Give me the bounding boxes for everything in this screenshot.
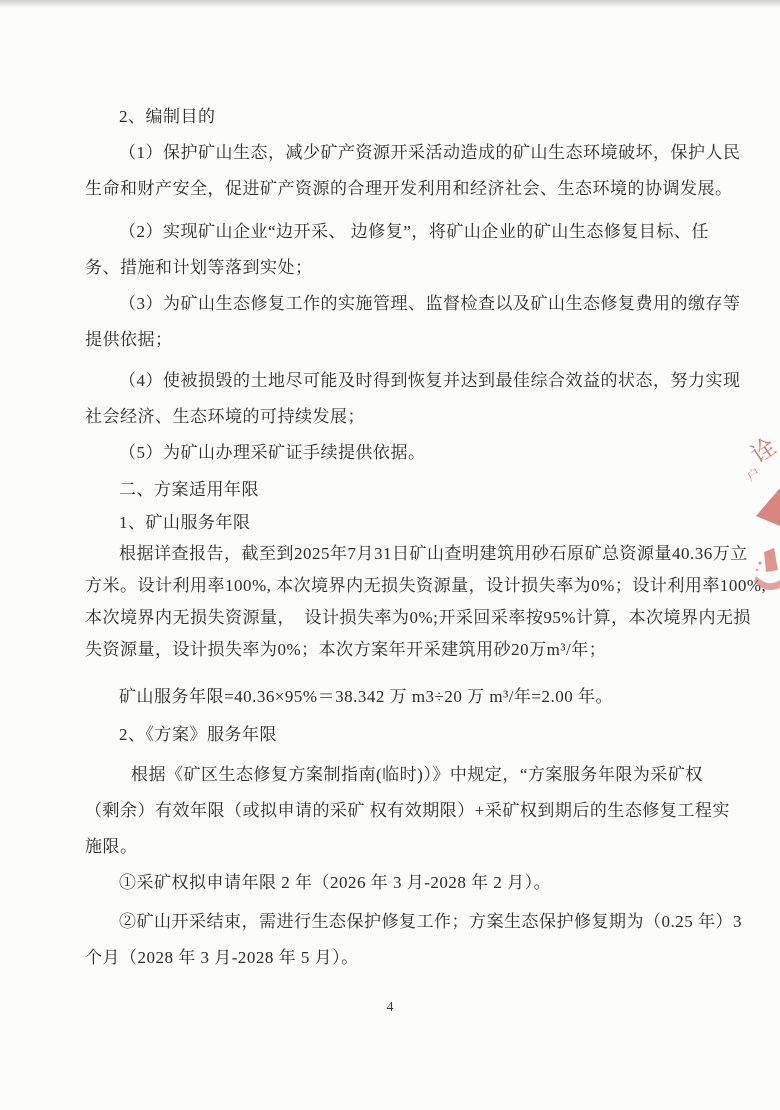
- document-content: 2、编制目的 （1）保护矿山生态，减少矿产资源开采活动造成的矿山生态环境破坏，保…: [85, 0, 725, 976]
- text-line: （5）为矿山办理采矿证手续提供依据。: [85, 435, 725, 471]
- text-line: 生命和财产安全，促进矿产资源的合理开发利用和经济社会、生态环境的协调发展。: [85, 171, 725, 207]
- formula-line: 矿山服务年限=40.36×95%＝38.342 万 m3÷20 万 m³/年=2…: [85, 679, 725, 715]
- text-line: 1、矿山服务年限: [85, 508, 725, 538]
- document-page: 2、编制目的 （1）保护矿山生态，减少矿产资源开采活动造成的矿山生态环境破坏，保…: [0, 0, 780, 1110]
- section-heading: 二、方案适用年限: [85, 475, 725, 505]
- text-line: 失资源量，设计损失率为0%；本次方案年开采建筑用砂20万m³/年；: [85, 634, 725, 666]
- text-line: 矿山服务年限=40.36×95%＝38.342 万 m3÷20 万 m³/年=2…: [85, 679, 725, 715]
- text-line: 本次境界内无损失资源量， 设计损失率为0%;开采回采率按95%计算，本次境界内无…: [85, 602, 725, 634]
- text-line: 务、措施和计划等落到实处；: [85, 250, 725, 286]
- paragraph-1: （1）保护矿山生态，减少矿产资源开采活动造成的矿山生态环境破坏，保护人民 生命和…: [85, 135, 725, 207]
- text-line: 提供依据；: [85, 322, 725, 358]
- paragraph-9: ①采矿权拟申请年限 2 年（2026 年 3 月-2028 年 2 月）。: [85, 865, 725, 901]
- text-line: （4）使被损毁的土地尽可能及时得到恢复并达到最佳综合效益的状态，努力实现: [85, 363, 725, 399]
- text-line: 根据《矿区生态修复方案制指南(临时)）》中规定，“方案服务年限为采矿权: [85, 757, 725, 793]
- paragraph-5: （5）为矿山办理采矿证手续提供依据。: [85, 435, 725, 471]
- text-line: ②矿山开采结束，需进行生态保护修复工作；方案生态保护修复期为（0.25 年）3: [85, 904, 725, 940]
- paragraph-2: （2）实现矿山企业“边开采、 边修复”，将矿山企业的矿山生态修复目标、任 务、措…: [85, 214, 725, 286]
- paragraph-10: ②矿山开采结束，需进行生态保护修复工作；方案生态保护修复期为（0.25 年）3 …: [85, 904, 725, 976]
- text-line: （1）保护矿山生态，减少矿产资源开采活动造成的矿山生态环境破坏，保护人民: [85, 135, 725, 171]
- text-line: 施限。: [85, 829, 725, 865]
- text-line: （剩余）有效年限（或拟申请的采矿 权有效期限）+采矿权到期后的生态修复工程实: [85, 793, 725, 829]
- svg-text:户: 户: [744, 465, 763, 484]
- sub-heading: 1、矿山服务年限: [85, 508, 725, 538]
- text-line: ①采矿权拟申请年限 2 年（2026 年 3 月-2028 年 2 月）。: [85, 865, 725, 901]
- paragraph-4: （4）使被损毁的土地尽可能及时得到恢复并达到最佳综合效益的状态，努力实现 社会经…: [85, 363, 725, 435]
- svg-text:诠: 诠: [746, 433, 780, 469]
- paragraph-6: 根据详查报告，截至到2025年7月31日矿山查明建筑用砂石原矿总资源量40.36…: [85, 538, 725, 666]
- sub-heading: 2、《方案》服务年限: [85, 720, 725, 750]
- page-number: 4: [0, 1000, 780, 1016]
- text-line: 2、编制目的: [85, 99, 725, 135]
- text-line: 根据详查报告，截至到2025年7月31日矿山查明建筑用砂石原矿总资源量40.36…: [85, 538, 725, 570]
- text-line: （2）实现矿山企业“边开采、 边修复”，将矿山企业的矿山生态修复目标、任: [85, 214, 725, 250]
- paragraph-3: （3）为矿山生态修复工作的实施管理、监督检查以及矿山生态修复费用的缴存等 提供依…: [85, 286, 725, 358]
- text-line: 2、《方案》服务年限: [85, 720, 725, 750]
- section-heading: 2、编制目的: [85, 99, 725, 135]
- paragraph-8: 根据《矿区生态修复方案制指南(临时)）》中规定，“方案服务年限为采矿权 （剩余）…: [85, 757, 725, 865]
- text-line: 二、方案适用年限: [85, 475, 725, 505]
- text-line: （3）为矿山生态修复工作的实施管理、监督检查以及矿山生态修复费用的缴存等: [85, 286, 725, 322]
- text-line: 方米。设计利用率100%, 本次境界内无损失资源量，设计损失率为0%；设计利用率…: [85, 570, 725, 602]
- text-line: 个月（2028 年 3 月-2028 年 5 月）。: [85, 940, 725, 976]
- text-line: 社会经济、生态环境的可持续发展；: [85, 399, 725, 435]
